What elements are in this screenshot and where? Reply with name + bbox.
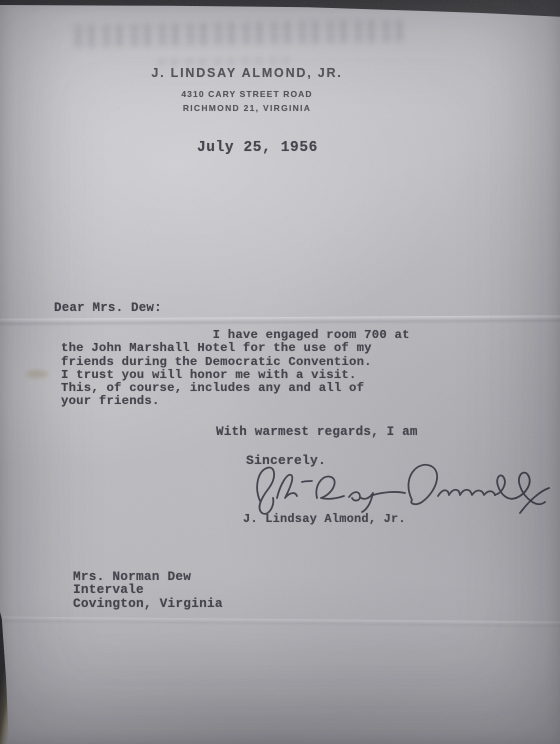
recipient-address-line2: Covington, Virginia <box>73 596 223 611</box>
letter-photograph: J. LINDSAY ALMOND, JR. 4310 CARY STREET … <box>0 0 560 744</box>
salutation: Dear Mrs. Dew: <box>54 301 162 315</box>
letter-body-text: I have engaged room 700 at the John Mars… <box>61 329 410 409</box>
letter-content: J. LINDSAY ALMOND, JR. 4310 CARY STREET … <box>0 0 560 744</box>
letterhead-name: J. LINDSAY ALMOND, JR. <box>97 66 397 80</box>
handwritten-signature <box>250 457 552 521</box>
letterhead-address-line1: 4310 CARY STREET ROAD <box>97 89 397 99</box>
recipient-address-block: Mrs. Norman Dew Intervale Covington, Vir… <box>73 570 223 610</box>
letter-date: July 25, 1956 <box>197 140 318 156</box>
closing-line: With warmest regards, I am <box>216 425 418 439</box>
letterhead-address-line2: RICHMOND 21, VIRGINIA <box>97 103 397 113</box>
